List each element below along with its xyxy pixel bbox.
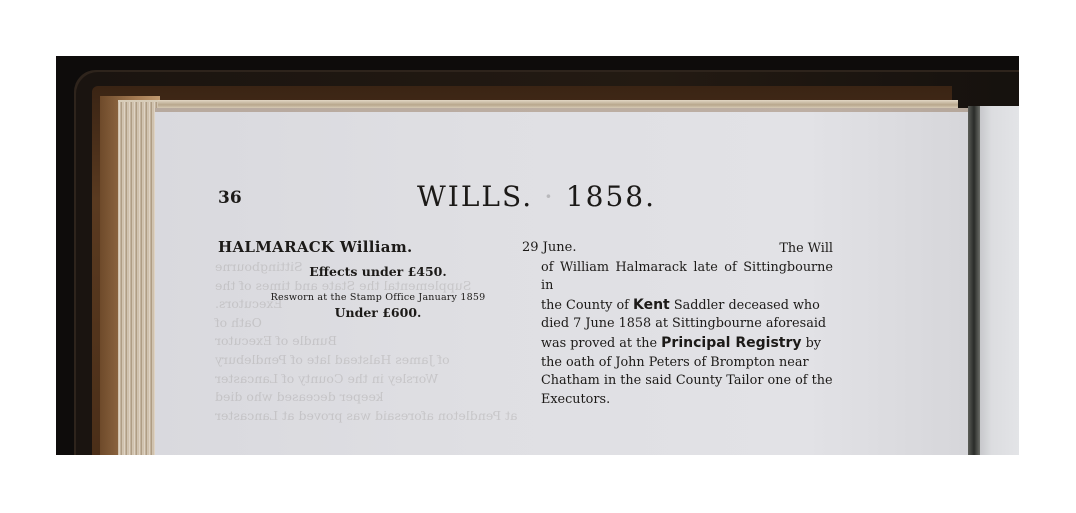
bleed-line: at Pendleton aforesaid was proved at Lan…	[215, 407, 535, 426]
running-head: WILLS. · 1858.	[417, 180, 656, 213]
running-head-title: WILLS.	[417, 180, 533, 213]
book-photograph	[56, 56, 1019, 455]
book-gutter	[968, 106, 980, 455]
entry-valuation: Effects under £450. Resworn at the Stamp…	[218, 262, 538, 320]
bleed-line: keeper deceased who died	[215, 388, 535, 407]
resworn-note: Resworn at the Stamp Office January 1859	[218, 292, 538, 303]
entry-surname: HALMARACK	[218, 238, 334, 256]
smudge: ·	[544, 180, 555, 213]
body-line: was proved at the Principal Registry by	[541, 334, 833, 354]
body-line: Executors.	[541, 391, 833, 410]
body-text: was proved at the	[541, 336, 657, 351]
page-top-edge	[118, 100, 958, 108]
page-edges	[118, 100, 158, 455]
body-line: of William Halmarack late of Sittingbour…	[541, 259, 833, 296]
entry-body: The Will of William Halmarack late of Si…	[541, 240, 833, 409]
running-head-year: 1858.	[566, 180, 656, 213]
registry-name: Principal Registry	[661, 335, 801, 351]
next-page-edge	[980, 106, 1019, 455]
bleed-line: Bundle of Executor	[215, 332, 535, 351]
body-opening: The Will	[541, 240, 833, 259]
effects-value: Effects under £450.	[218, 264, 538, 279]
body-line: the oath of John Peters of Brompton near	[541, 354, 833, 373]
body-text: Saddler deceased who	[674, 298, 820, 313]
body-line: the County of Kent Saddler deceased who	[541, 296, 833, 316]
entry-name: HALMARACK William.	[218, 238, 413, 256]
resworn-value: Under £600.	[218, 305, 538, 320]
page-number: 36	[218, 188, 242, 208]
body-text: by	[806, 336, 821, 351]
body-line: Chatham in the said County Tailor one of…	[541, 372, 833, 391]
body-text: the County of	[541, 298, 629, 313]
bleed-line: Worsley in the County of Lancaster	[215, 370, 535, 389]
page-shadow	[155, 108, 980, 112]
body-line: died 7 June 1858 at Sittingbourne afores…	[541, 315, 833, 334]
county-name: Kent	[633, 297, 670, 313]
bleed-line: of James Halstead late of Pendlebury	[215, 351, 535, 370]
entry-given-name: William.	[340, 238, 413, 256]
